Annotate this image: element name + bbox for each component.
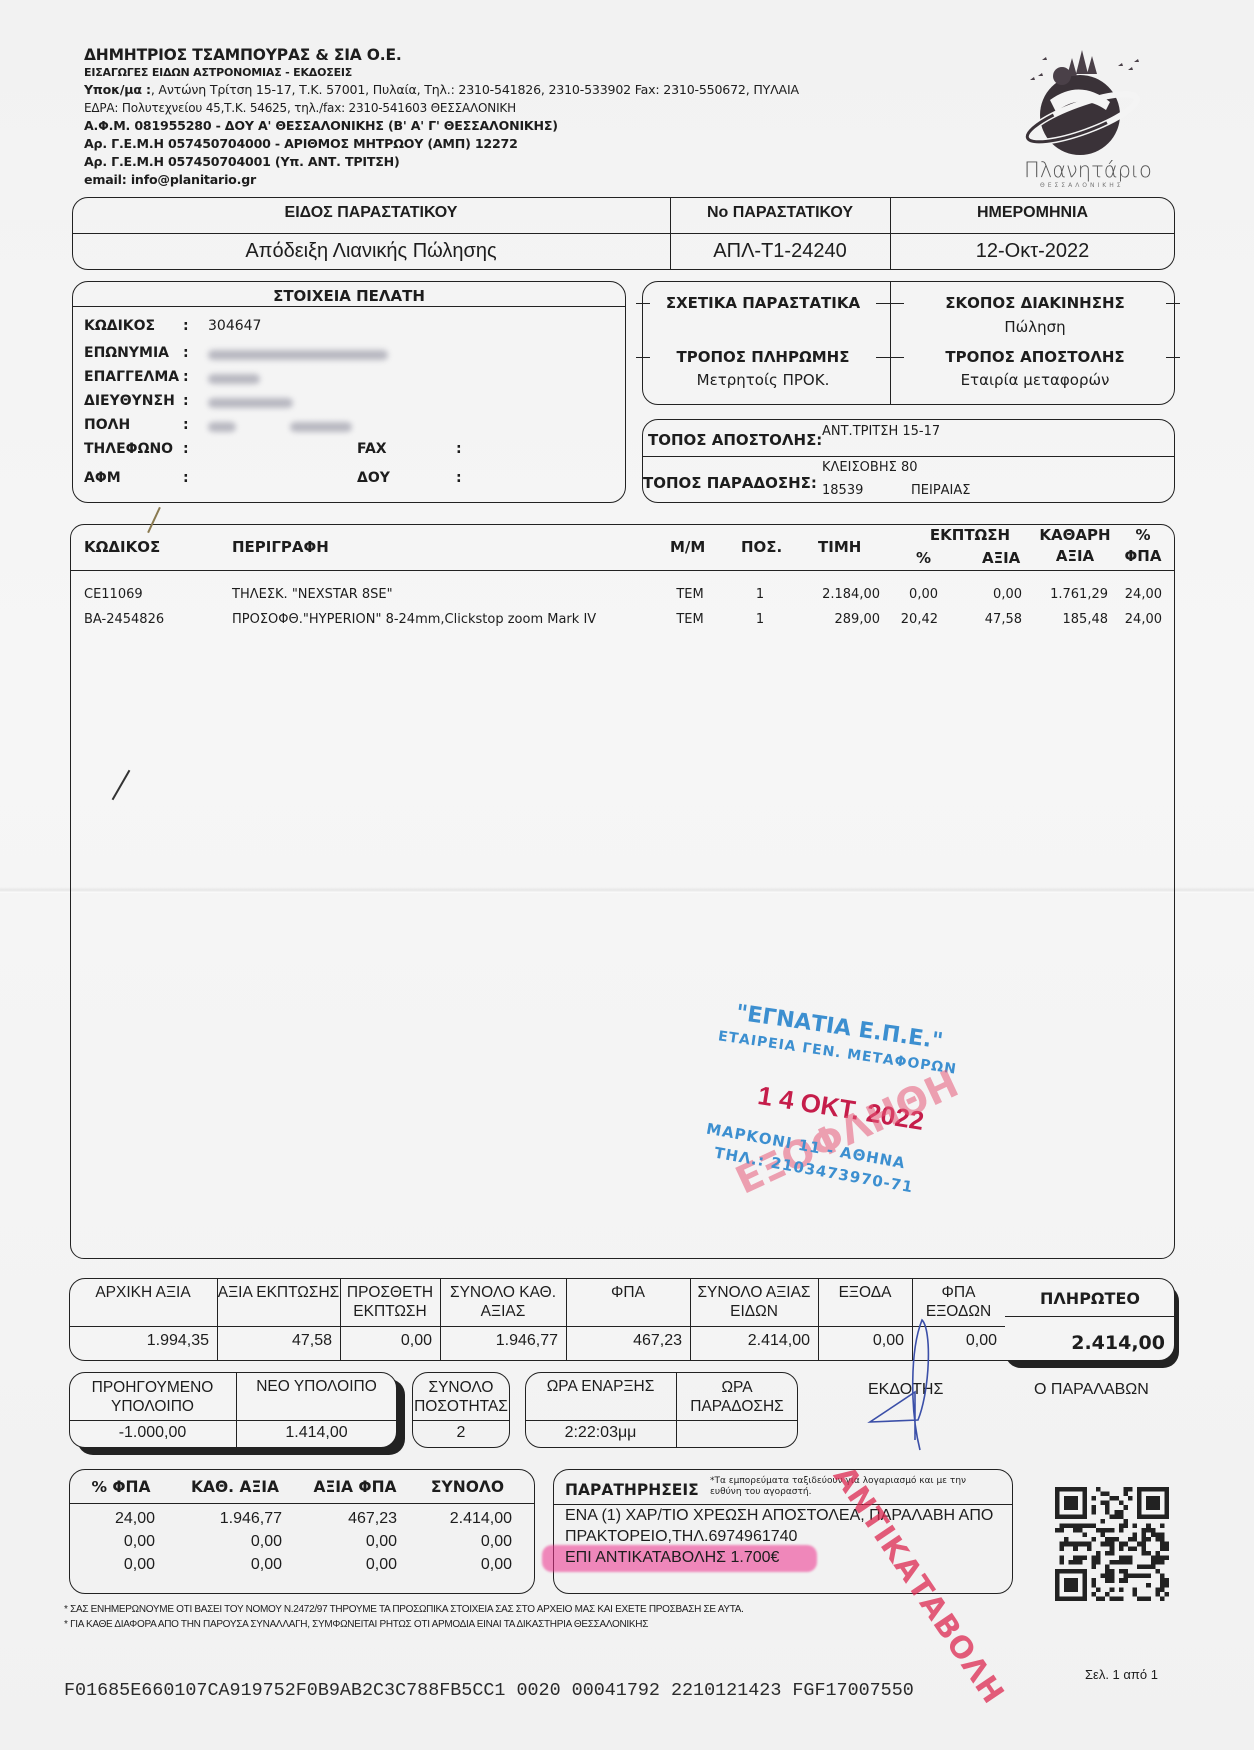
doc-date: 12-Οκτ-2022 xyxy=(890,240,1175,263)
cell-unit: ΤΕΜ xyxy=(665,587,715,602)
remarks-label: ΠΑΡΑΤΗΡΗΣΕΙΣ xyxy=(565,1481,699,1499)
vat-col-header: ΑΞΙΑ ΦΠΑ xyxy=(290,1478,420,1496)
receiver-signature-label: Ο ΠΑΡΑΛΑΒΩΝ xyxy=(1034,1381,1149,1399)
col-price: ΤΙΜΗ xyxy=(818,538,861,556)
payable-label: ΠΛΗΡΩΤΕΟ xyxy=(1005,1289,1175,1308)
totals-value: 0,00 xyxy=(340,1332,432,1350)
remarks-line-2: ΠΡΑΚΤΟΡΕΙΟ,ΤΗΛ.6974961740 xyxy=(565,1528,797,1546)
total-qty: 2 xyxy=(412,1424,510,1442)
vat-col-header: ΣΥΝΟΛΟ xyxy=(405,1478,530,1496)
doc-date-label: ΗΜΕΡΟΜΗΝΙΑ xyxy=(890,204,1175,222)
cell-vat-pct: 24,00 xyxy=(1110,612,1162,627)
total-qty-label: ΣΥΝΟΛΟ ΠΟΣΟΤΗΤΑΣ xyxy=(412,1378,510,1416)
customer-address-redacted xyxy=(208,398,293,408)
col-code: ΚΩΔΙΚΟΣ xyxy=(84,538,160,556)
totals-value: 47,58 xyxy=(217,1332,332,1350)
cell-discount-value: 47,58 xyxy=(950,612,1022,627)
shipping-method-value: Εταιρία μεταφορών xyxy=(904,371,1166,389)
start-time: 2:22:03μμ xyxy=(525,1424,676,1442)
payable-amount: 2.414,00 xyxy=(1005,1332,1165,1354)
logo-text: Πλανητάριο xyxy=(1024,158,1144,182)
vat-cell: 0,00 xyxy=(287,1556,397,1574)
cell-price: 2.184,00 xyxy=(790,587,880,602)
cell-qty: 1 xyxy=(745,587,775,602)
cell-description: ΠΡΟΣΟΦΘ."HYPERION" 8-24mm,Clickstop zoom… xyxy=(232,612,662,627)
vat-cell: 0,00 xyxy=(287,1533,397,1551)
vat-cell: 467,23 xyxy=(287,1510,397,1528)
new-balance: 1.414,00 xyxy=(236,1424,397,1442)
customer-profession-redacted xyxy=(208,374,260,384)
cell-qty: 1 xyxy=(745,612,775,627)
previous-balance-label: ΠΡΟΗΓΟΥΜΕΝΟ ΥΠΟΛΟΙΠΟ xyxy=(69,1378,236,1416)
totals-header: ΕΞΟΔΑ xyxy=(818,1283,912,1302)
customer-doy-label: ΔΟΥ xyxy=(357,470,390,486)
customer-box xyxy=(72,281,626,503)
customer-afm-label: ΑΦΜ xyxy=(84,470,121,486)
vat-cell: 0,00 xyxy=(402,1556,512,1574)
delivery-street: ΚΛΕΙΣΟΒΗΣ 80 xyxy=(822,460,918,475)
delivery-zip: 18539 xyxy=(822,483,863,498)
vat-cell: 0,00 xyxy=(45,1556,155,1574)
totals-value: 2.414,00 xyxy=(690,1332,810,1350)
doc-number-label: Νο ΠΑΡΑΣΤΑΤΙΚΟΥ xyxy=(670,204,890,222)
totals-header: ΠΡΟΣΘΕΤΗ ΕΚΠΤΩΣΗ xyxy=(340,1283,440,1321)
totals-header: ΑΡΧΙΚΗ ΑΞΙΑ xyxy=(69,1283,217,1302)
totals-value: 1.946,77 xyxy=(440,1332,558,1350)
doc-number: ΑΠΛ-Τ1-24240 xyxy=(670,240,890,263)
cell-unit: ΤΕΜ xyxy=(665,612,715,627)
delivery-city: ΠΕΙΡΑΙΑΣ xyxy=(911,483,971,498)
customer-name-label: ΕΠΩΝΥΜΙΑ xyxy=(84,345,169,361)
company-seat: ΕΔΡΑ: Πολυτεχνείου 45,Τ.Κ. 54625, τηλ./f… xyxy=(84,101,516,115)
delivery-place-label: ΤΟΠΟΣ ΠΑΡΑΔΟΣΗΣ: xyxy=(643,474,817,492)
remarks-line-1: ΕΝΑ (1) ΧΑΡ/ΤΙΟ ΧΡΕΩΣΗ ΑΠΟΣΤΟΛΕΑ, ΠΑΡΑΛΑ… xyxy=(565,1507,993,1525)
company-email: email: info@planitario.gr xyxy=(84,172,256,187)
company-name: ΔΗΜΗΤΡΙΟΣ ΤΣΑΜΠΟΥΡΑΣ & ΣΙΑ Ο.Ε. xyxy=(84,46,402,64)
doc-type: Απόδειξη Λιανικής Πώλησης xyxy=(72,240,670,263)
purpose-value: Πώληση xyxy=(904,318,1166,336)
col-net-value: ΑΞΙΑ xyxy=(1030,547,1120,565)
vat-cell: 24,00 xyxy=(45,1510,155,1528)
cell-vat-pct: 24,00 xyxy=(1110,587,1162,602)
payment-method-value: Μετρητοίς ΠΡΟΚ. xyxy=(650,371,876,389)
company-gemh-2: Αρ. Γ.Ε.Μ.Η 057450704001 (Υπ. ΑΝΤ. ΤΡΙΤΣ… xyxy=(84,154,400,169)
courier-stamp: "ΕΓΝΑΤΙΑ Ε.Π.Ε." ΕΤΑΙΡΕΙΑ ΓΕΝ. ΜΕΤΑΦΟΡΩΝ… xyxy=(705,1015,985,1235)
previous-balance: -1.000,00 xyxy=(69,1424,236,1442)
customer-name-redacted xyxy=(208,350,388,360)
fiscal-signature-code: F01685E660107CA919752F0B9AB2C3C788FB5CC1… xyxy=(64,1680,914,1701)
purpose-label: ΣΚΟΠΟΣ ΔΙΑΚΙΝΗΣΗΣ xyxy=(904,294,1166,312)
company-vat: Α.Φ.Μ. 081955280 - ΔΟΥ Α' ΘΕΣΣΑΛΟΝΙΚΗΣ (… xyxy=(84,118,558,133)
customer-city-label: ΠΟΛΗ xyxy=(84,417,130,433)
col-qty: ΠΟΣ. xyxy=(741,538,782,556)
receipt-page: ΔΗΜΗΤΡΙΟΣ ΤΣΑΜΠΟΥΡΑΣ & ΣΙΑ Ο.Ε. ΕΙΣΑΓΩΓΕ… xyxy=(0,0,1254,1750)
delivery-time-label: ΩΡΑ ΠΑΡΑΔΟΣΗΣ xyxy=(676,1378,798,1416)
new-balance-label: ΝΕΟ ΥΠΟΛΟΙΠΟ xyxy=(236,1378,397,1396)
customer-phone-label: ΤΗΛΕΦΩΝΟ xyxy=(84,441,173,457)
company-activity: ΕΙΣΑΓΩΓΕΣ ΕΙΔΩΝ ΑΣΤΡΟΝΟΜΙΑΣ - ΕΚΔΟΣΕΙΣ xyxy=(84,66,352,79)
totals-header: ΣΥΝΟΛΟ ΑΞΙΑΣ ΕΙΔΩΝ xyxy=(690,1283,818,1321)
cell-net-value: 185,48 xyxy=(1030,612,1108,627)
totals-header: ΑΞΙΑ ΕΚΠΤΩΣΗΣ xyxy=(217,1283,340,1302)
qr-code-icon[interactable] xyxy=(1055,1487,1169,1601)
payment-method-label: ΤΡΟΠΟΣ ΠΛΗΡΩΜΗΣ xyxy=(650,348,876,366)
col-discount-pct: % xyxy=(916,549,931,567)
footer-note-1: * ΣΑΣ ΕΝΗΜΕΡΩΝΟΥΜΕ ΟΤΙ ΒΑΣΕΙ ΤΟΥ ΝΟΜΟΥ Ν… xyxy=(64,1604,744,1615)
totals-header: ΣΥΝΟΛΟ ΚΑΘ. ΑΞΙΑΣ xyxy=(440,1283,566,1321)
cell-discount-pct: 0,00 xyxy=(890,587,938,602)
page-number: Σελ. 1 από 1 xyxy=(1085,1667,1158,1682)
vat-cell: 0,00 xyxy=(402,1533,512,1551)
col-discount: ΕΚΠΤΩΣΗ xyxy=(905,526,1035,544)
cell-code: BA-2454826 xyxy=(84,612,224,627)
dispatch-place-label: ΤΟΠΟΣ ΑΠΟΣΤΟΛΗΣ: xyxy=(648,431,822,449)
vat-cell: 0,00 xyxy=(172,1556,282,1574)
footer-note-2: * ΓΙΑ ΚΑΘΕ ΔΙΑΦΟΡΑ ΑΠΟ ΤΗΝ ΠΑΡΟΥΣΑ ΣΥΝΑΛ… xyxy=(64,1619,648,1630)
vat-cell: 1.946,77 xyxy=(172,1510,282,1528)
vat-cell: 0,00 xyxy=(45,1533,155,1551)
vat-cell: 0,00 xyxy=(172,1533,282,1551)
totals-value: 1.994,35 xyxy=(69,1332,209,1350)
col-description: ΠΕΡΙΓΡΑΦΗ xyxy=(232,538,329,556)
cell-discount-value: 0,00 xyxy=(950,587,1022,602)
vat-cell: 2.414,00 xyxy=(402,1510,512,1528)
customer-address-label: ΔΙΕΥΘΥΝΣΗ xyxy=(84,393,175,409)
totals-value: 467,23 xyxy=(566,1332,682,1350)
issuer-signature xyxy=(860,1310,960,1460)
related-docs-label: ΣΧΕΤΙΚΑ ΠΑΡΑΣΤΑΤΙΚΑ xyxy=(650,294,876,312)
shipping-method-label: ΤΡΟΠΟΣ ΑΠΟΣΤΟΛΗΣ xyxy=(904,348,1166,366)
customer-city-redacted xyxy=(290,422,352,432)
cell-price: 289,00 xyxy=(790,612,880,627)
items-table xyxy=(70,524,1175,1259)
vat-col-header: % ΦΠΑ xyxy=(70,1478,172,1496)
cell-code: CE11069 xyxy=(84,587,224,602)
company-branch: Υποκ/μα :, Αντώνη Τρίτση 15-17, Τ.Κ. 570… xyxy=(84,82,799,97)
col-unit: Μ/Μ xyxy=(670,538,705,556)
customer-code-label: ΚΩΔΙΚΟΣ xyxy=(84,318,155,334)
doc-type-label: ΕΙΔΟΣ ΠΑΡΑΣΤΑΤΙΚΟΥ xyxy=(72,204,670,222)
dispatch-place-value: ΑΝΤ.ΤΡΙΤΣΗ 15-17 xyxy=(822,424,940,439)
start-time-label: ΩΡΑ ΕΝΑΡΞΗΣ xyxy=(525,1378,676,1396)
customer-profession-label: ΕΠΑΓΓΕΛΜΑ xyxy=(84,369,179,385)
col-discount-value: ΑΞΙΑ xyxy=(982,549,1020,567)
col-vat-pct: % xyxy=(1118,526,1168,544)
vat-col-header: ΚΑΘ. ΑΞΙΑ xyxy=(175,1478,295,1496)
customer-code: 304647 xyxy=(208,318,261,334)
cell-discount-pct: 20,42 xyxy=(890,612,938,627)
totals-header: ΦΠΑ xyxy=(566,1283,690,1302)
logo-subtext: ΘΕΣΣΑΛΟΝΙΚΗΣ xyxy=(1040,182,1124,189)
cell-description: ΤΗΛΕΣΚ. "NEXSTAR 8SE" xyxy=(232,587,662,602)
company-gemh-1: Αρ. Γ.Ε.Μ.Η 057450704000 - ΑΡΙΘΜΟΣ ΜΗΤΡΩ… xyxy=(84,136,518,151)
col-vat: ΦΠΑ xyxy=(1118,547,1168,565)
remarks-line-3: ΕΠΙ ΑΝΤΙΚΑΤΑΒΟΛΗΣ 1.700€ xyxy=(565,1549,779,1567)
customer-fax-label: FAX xyxy=(357,441,387,457)
customer-title: ΣΤΟΙΧΕΙΑ ΠΕΛΑΤΗ xyxy=(72,287,626,305)
col-net: ΚΑΘΑΡΗ xyxy=(1030,526,1120,544)
cell-net-value: 1.761,29 xyxy=(1030,587,1108,602)
